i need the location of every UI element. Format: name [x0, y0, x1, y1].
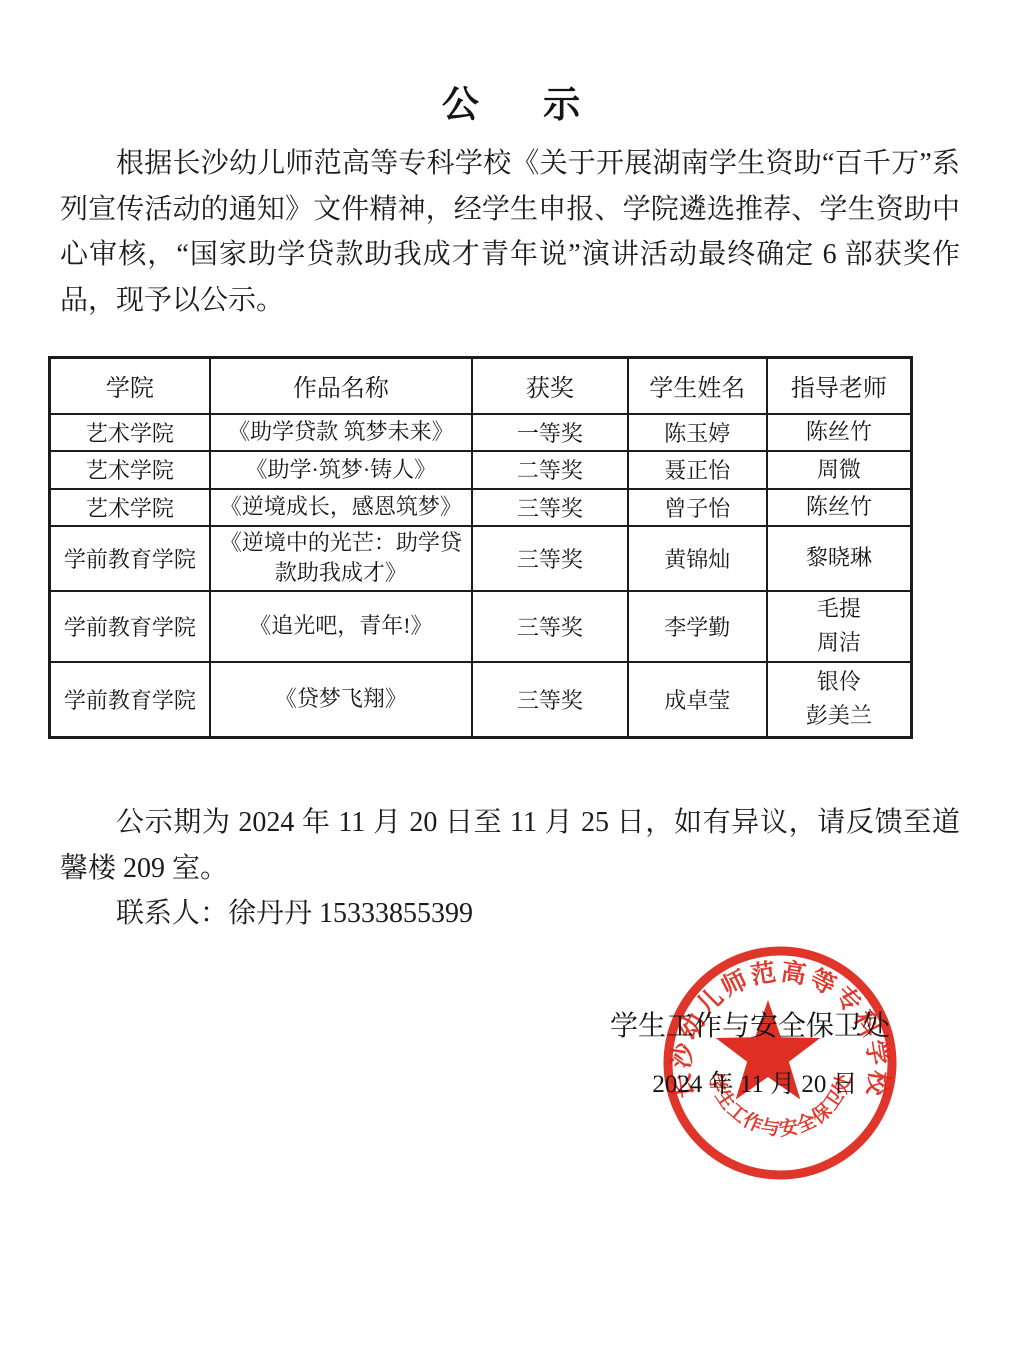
- cell-award: 二等奖: [472, 451, 628, 489]
- cell-teacher: 陈丝竹: [767, 414, 912, 451]
- page-title: 公 示: [0, 84, 1024, 126]
- cell-teacher: 黎晓琳: [767, 526, 912, 591]
- cell-work-title: 《逆境中的光芒：助学贷款助我成才》: [210, 526, 472, 591]
- cell-college: 艺术学院: [50, 451, 210, 489]
- notice-period-paragraph: 公示期为 2024 年 11 月 20 日至 11 月 25 日，如有异议，请反…: [60, 800, 960, 891]
- cell-student: 曾子怡: [628, 489, 767, 526]
- cell-student: 成卓莹: [628, 662, 767, 738]
- col-header-award: 获奖: [472, 358, 628, 414]
- table-header-row: 学院 作品名称 获奖 学生姓名 指导老师: [50, 358, 912, 414]
- cell-award: 一等奖: [472, 414, 628, 451]
- cell-award: 三等奖: [472, 489, 628, 526]
- col-header-work: 作品名称: [210, 358, 472, 414]
- cell-work-title: 《追光吧，青年!》: [210, 591, 472, 662]
- cell-award: 三等奖: [472, 662, 628, 738]
- announcement-document: 公 示 根据长沙幼儿师范高等专科学校《关于开展湖南学生资助“百千万”系列宣传活动…: [0, 0, 1024, 1366]
- cell-college: 艺术学院: [50, 414, 210, 451]
- col-header-teacher: 指导老师: [767, 358, 912, 414]
- cell-teacher: 毛提 周洁: [767, 591, 912, 662]
- cell-work-title: 《助学贷款 筑梦未来》: [210, 414, 472, 451]
- cell-teacher: 陈丝竹: [767, 489, 912, 526]
- table-row: 学前教育学院 《逆境中的光芒：助学贷款助我成才》 三等奖 黄锦灿 黎晓琳: [50, 526, 912, 591]
- table-row: 学前教育学院 《贷梦飞翔》 三等奖 成卓莹 银伶 彭美兰: [50, 662, 912, 738]
- cell-college: 学前教育学院: [50, 662, 210, 738]
- col-header-college: 学院: [50, 358, 210, 414]
- cell-award: 三等奖: [472, 591, 628, 662]
- official-seal-stamp: 长沙幼儿师范高等专科学校 学生工作与安全保卫处: [655, 938, 905, 1188]
- cell-student: 陈玉婷: [628, 414, 767, 451]
- contact-line: 联系人：徐丹丹 15333855399: [60, 891, 960, 937]
- cell-college: 学前教育学院: [50, 526, 210, 591]
- table-row: 艺术学院 《助学贷款 筑梦未来》 一等奖 陈玉婷 陈丝竹: [50, 414, 912, 451]
- cell-student: 李学勤: [628, 591, 767, 662]
- signature-date: 2024 年 11 月 20 日: [605, 1068, 905, 1102]
- col-header-student: 学生姓名: [628, 358, 767, 414]
- cell-work-title: 《助学·筑梦·铸人》: [210, 451, 472, 489]
- cell-work-title: 《贷梦飞翔》: [210, 662, 472, 738]
- cell-college: 学前教育学院: [50, 591, 210, 662]
- cell-award: 三等奖: [472, 526, 628, 591]
- cell-college: 艺术学院: [50, 489, 210, 526]
- cell-work-title: 《逆境成长，感恩筑梦》: [210, 489, 472, 526]
- table-row: 学前教育学院 《追光吧，青年!》 三等奖 李学勤 毛提 周洁: [50, 591, 912, 662]
- cell-student: 聂正怡: [628, 451, 767, 489]
- cell-teacher: 银伶 彭美兰: [767, 662, 912, 738]
- table-row: 艺术学院 《逆境成长，感恩筑梦》 三等奖 曾子怡 陈丝竹: [50, 489, 912, 526]
- table-row: 艺术学院 《助学·筑梦·铸人》 二等奖 聂正怡 周微: [50, 451, 912, 489]
- cell-student: 黄锦灿: [628, 526, 767, 591]
- awards-table: 学院 作品名称 获奖 学生姓名 指导老师 艺术学院 《助学贷款 筑梦未来》 一等…: [48, 356, 913, 739]
- intro-paragraph: 根据长沙幼儿师范高等专科学校《关于开展湖南学生资助“百千万”系列宣传活动的通知》…: [60, 141, 960, 323]
- signature-department: 学生工作与安全保卫处: [598, 1008, 902, 1046]
- cell-teacher: 周微: [767, 451, 912, 489]
